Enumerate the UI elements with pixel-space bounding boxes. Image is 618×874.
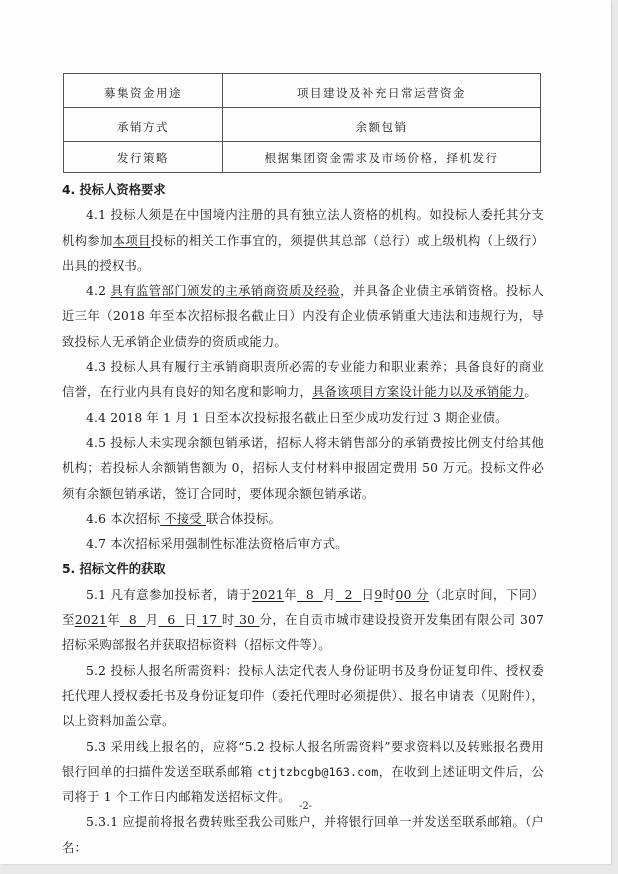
- page-number: -2-: [0, 801, 611, 812]
- paragraph-4-3: 4.3 投标人具有履行主承销商职责所必需的专业能力和职业素养；具备良好的商业信誉…: [62, 355, 544, 406]
- table-cell-value: 根据集团资金需求及市场价格，择机发行: [223, 142, 541, 173]
- text: 4.2: [86, 284, 111, 298]
- text: 日: [362, 588, 375, 602]
- text: 日: [184, 613, 197, 627]
- text: 分: [260, 613, 273, 627]
- paragraph-4-2: 4.2 具有监管部门颁发的主承销商资质及经验，并具备企业债主承销资格。投标人近三…: [62, 279, 544, 355]
- start-minute: 00 分: [396, 588, 429, 602]
- text: 月: [323, 588, 336, 602]
- underlined-text: 具备该项目方案设计能力以及承销能力: [312, 385, 524, 399]
- table-cell-label: 发行策略: [64, 142, 223, 173]
- paragraph-5-3: 5.3 采用线上报名的，应将“5.2 投标人报名所需资料”要求资料以及转账报名费…: [62, 735, 544, 811]
- underlined-text: 具有监管部门颁发的主承销商资质及经验: [111, 284, 341, 298]
- paragraph-5-2: 5.2 投标人报名所需资料：投标人法定代表人身份证明书及身份证复印件、授权委托代…: [62, 659, 544, 735]
- table-cell-value: 项目建设及补充日常运营资金: [223, 74, 541, 108]
- text: 月: [146, 613, 159, 627]
- text: 。: [524, 385, 537, 399]
- paragraph-4-1: 4.1 投标人须是在中国境内注册的具有独立法人资格的机构。如投标人委托其分支机构…: [62, 203, 544, 279]
- start-month: 8: [297, 588, 323, 602]
- end-day: 6: [159, 613, 185, 627]
- document-body: 4. 投标人资格要求 4.1 投标人须是在中国境内注册的具有独立法人资格的机构。…: [62, 178, 544, 861]
- start-year: 2021: [252, 588, 284, 602]
- text: 4.6 本次招标: [86, 512, 160, 526]
- end-month: 8: [120, 613, 146, 627]
- paragraph-4-4: 4.4 2018 年 1 月 1 日至本次投标报名截止日至少成功发行过 3 期企…: [62, 406, 544, 431]
- underlined-text: 本项目: [113, 234, 151, 248]
- table-row: 承销方式 余额包销: [64, 108, 541, 142]
- text: 年: [284, 588, 297, 602]
- text: 时: [382, 588, 395, 602]
- paragraph-4-5: 4.5 投标人未实现余额包销承诺，招标人将未销售部分的承销费按比例支付给其他机构…: [62, 431, 544, 507]
- bond-info-table: 募集资金用途 项目建设及补充日常运营资金 承销方式 余额包销 发行策略 根据集团…: [63, 73, 541, 173]
- table-row: 募集资金用途 项目建设及补充日常运营资金: [64, 74, 541, 108]
- table-cell-label: 募集资金用途: [64, 74, 223, 108]
- end-hour: 17: [197, 613, 222, 627]
- end-minute: 30: [235, 613, 260, 627]
- paragraph-4-7: 4.7 本次招标采用强制性标准法资格后审方式。: [62, 532, 544, 557]
- start-day: 2: [336, 588, 362, 602]
- contact-email: ctjtzbcgb@163.com: [257, 765, 378, 779]
- table-row: 发行策略 根据集团资金需求及市场价格，择机发行: [64, 142, 541, 173]
- underlined-text: 不接受: [160, 512, 206, 526]
- paragraph-4-6: 4.6 本次招标 不接受 联合体投标。: [62, 507, 544, 532]
- paragraph-5-3-1: 5.3.1 应提前将报名费转账至我公司账户，并将银行回单一并发送至联系邮箱。（户…: [62, 810, 544, 861]
- text: 时: [222, 613, 235, 627]
- section-heading-bidder-requirements: 4. 投标人资格要求: [62, 178, 544, 203]
- text: 5.1 凡有意参加投标者，请于: [86, 588, 252, 602]
- table-cell-label: 承销方式: [64, 108, 223, 142]
- document-page: 募集资金用途 项目建设及补充日常运营资金 承销方式 余额包销 发行策略 根据集团…: [0, 0, 611, 864]
- section-heading-obtain-documents: 5. 招标文件的获取: [62, 557, 544, 582]
- text: 年: [107, 613, 120, 627]
- end-year: 2021: [75, 613, 107, 627]
- paragraph-5-1: 5.1 凡有意参加投标者，请于2021年 8 月 2 日9时00 分（北京时间，…: [62, 583, 544, 659]
- table-cell-value: 余额包销: [223, 108, 541, 142]
- text: 联合体投标。: [206, 512, 281, 526]
